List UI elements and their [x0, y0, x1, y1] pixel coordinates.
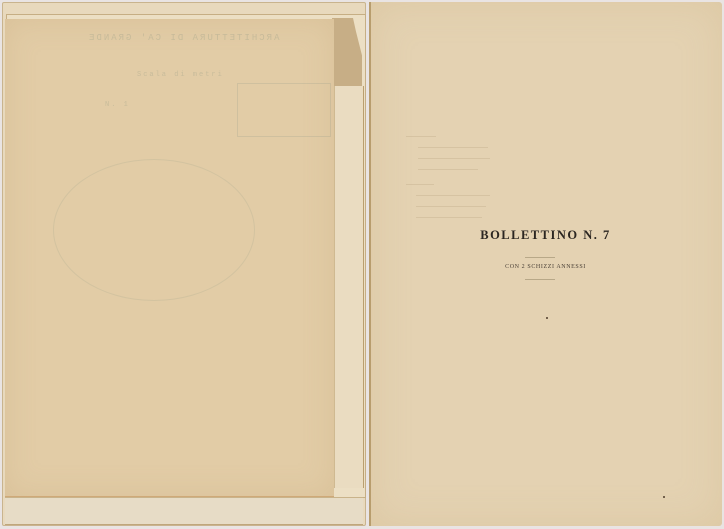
ink-speck [546, 317, 548, 319]
bulletin-title: BOLLETTINO N. 7 [369, 228, 722, 243]
bulletin-subtitle: CON 2 SCHIZZI ANNESSI [369, 264, 722, 270]
ghost-heading: ARCHITETTURA DI CA' GRANDE [87, 33, 279, 43]
ink-speck [663, 496, 665, 498]
left-spine-strip [334, 86, 364, 488]
ghost-scale-box [237, 83, 331, 137]
cover-text-block: BOLLETTINO N. 7 CON 2 SCHIZZI ANNESSI [369, 0, 722, 529]
ghost-subline: Scala di metri [137, 71, 224, 79]
upper-rule [525, 257, 555, 258]
lower-rule [525, 279, 555, 280]
ghost-note: N. 1 [105, 101, 130, 109]
left-folded-sketch-sheet: ARCHITETTURA DI CA' GRANDE Scala di metr… [5, 19, 334, 497]
ghost-sketch-outline [53, 159, 255, 301]
left-bottom-band [5, 497, 363, 525]
